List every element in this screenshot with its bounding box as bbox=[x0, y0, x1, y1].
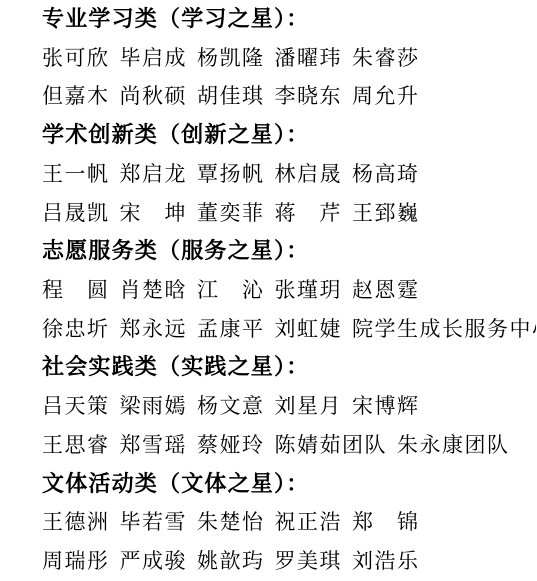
person-name: 蔡娅玲 bbox=[197, 426, 265, 465]
person-name: 江 沁 bbox=[197, 271, 265, 310]
person-name: 周瑞彤 bbox=[42, 542, 110, 581]
names-row: 王一帆郑启龙覃扬帆林启晟杨高琦 bbox=[42, 155, 537, 194]
person-name: 潘曜玮 bbox=[275, 39, 343, 78]
names-row: 吕晟凯宋 坤董奕菲蒋 芹王郅巍 bbox=[42, 194, 537, 233]
section-volunteer-service: 志愿服务类（服务之星）： 程 圆肖楚晗江 沁张瑾玥赵恩霆 徐忠圻郑永远孟康平刘虹… bbox=[42, 232, 537, 348]
names-row: 王德洲毕若雪朱楚怡祝正浩郑 锦 bbox=[42, 503, 537, 542]
person-name: 院学生成长服务中心 bbox=[352, 310, 537, 349]
category-heading: 志愿服务类（服务之星）： bbox=[42, 232, 537, 271]
category-heading: 学术创新类（创新之星）： bbox=[42, 116, 537, 155]
person-name: 王郅巍 bbox=[352, 194, 420, 233]
person-name: 宋博辉 bbox=[352, 387, 420, 426]
person-name: 赵恩霆 bbox=[352, 271, 420, 310]
names-row: 王思睿郑雪瑶蔡娅玲陈婧茹团队朱永康团队 bbox=[42, 426, 537, 465]
section-social-practice: 社会实践类（实践之星）： 吕天策梁雨嫣杨文意刘星月宋博辉 王思睿郑雪瑶蔡娅玲陈婧… bbox=[42, 348, 537, 464]
person-name: 吕晟凯 bbox=[42, 194, 110, 233]
names-row: 张可欣毕启成杨凯隆潘曜玮朱睿莎 bbox=[42, 39, 537, 78]
person-name: 姚歆玙 bbox=[197, 542, 265, 581]
person-name: 徐忠圻 bbox=[42, 310, 110, 349]
person-name: 刘虹婕 bbox=[275, 310, 343, 349]
person-name: 张瑾玥 bbox=[275, 271, 343, 310]
names-row: 周瑞彤严成骏姚歆玙罗美琪刘浩乐 bbox=[42, 542, 537, 581]
person-name: 胡佳琪 bbox=[197, 77, 265, 116]
award-list-document: 专业学习类（学习之星）： 张可欣毕启成杨凯隆潘曜玮朱睿莎 但嘉木尚秋硕胡佳琪李晓… bbox=[0, 0, 537, 581]
person-name: 董奕菲 bbox=[197, 194, 265, 233]
person-name: 朱楚怡 bbox=[197, 503, 265, 542]
person-name: 祝正浩 bbox=[275, 503, 343, 542]
person-name: 郑雪瑶 bbox=[120, 426, 188, 465]
person-name: 宋 坤 bbox=[120, 194, 188, 233]
person-name: 郑 锦 bbox=[352, 503, 420, 542]
section-academic-innovation: 学术创新类（创新之星）： 王一帆郑启龙覃扬帆林启晟杨高琦 吕晟凯宋 坤董奕菲蒋 … bbox=[42, 116, 537, 232]
section-culture-sports: 文体活动类（文体之星）： 王德洲毕若雪朱楚怡祝正浩郑 锦 周瑞彤严成骏姚歆玙罗美… bbox=[42, 465, 537, 581]
person-name: 林启晟 bbox=[275, 155, 343, 194]
person-name: 刘星月 bbox=[275, 387, 343, 426]
names-row: 程 圆肖楚晗江 沁张瑾玥赵恩霆 bbox=[42, 271, 537, 310]
person-name: 郑启龙 bbox=[120, 155, 188, 194]
category-heading: 社会实践类（实践之星）： bbox=[42, 348, 537, 387]
person-name: 尚秋硕 bbox=[120, 77, 188, 116]
person-name: 王一帆 bbox=[42, 155, 110, 194]
category-heading: 专业学习类（学习之星）： bbox=[42, 0, 537, 39]
person-name: 杨文意 bbox=[197, 387, 265, 426]
person-name: 陈婧茹团队 bbox=[275, 426, 388, 465]
person-name: 李晓东 bbox=[275, 77, 343, 116]
person-name: 吕天策 bbox=[42, 387, 110, 426]
section-professional-study: 专业学习类（学习之星）： 张可欣毕启成杨凯隆潘曜玮朱睿莎 但嘉木尚秋硕胡佳琪李晓… bbox=[42, 0, 537, 116]
person-name: 刘浩乐 bbox=[352, 542, 420, 581]
person-name: 朱睿莎 bbox=[352, 39, 420, 78]
person-name: 王德洲 bbox=[42, 503, 110, 542]
names-row: 徐忠圻郑永远孟康平刘虹婕院学生成长服务中心 bbox=[42, 310, 537, 349]
person-name: 严成骏 bbox=[120, 542, 188, 581]
person-name: 孟康平 bbox=[197, 310, 265, 349]
person-name: 但嘉木 bbox=[42, 77, 110, 116]
person-name: 张可欣 bbox=[42, 39, 110, 78]
person-name: 罗美琪 bbox=[275, 542, 343, 581]
person-name: 蒋 芹 bbox=[275, 194, 343, 233]
person-name: 肖楚晗 bbox=[120, 271, 188, 310]
person-name: 杨高琦 bbox=[352, 155, 420, 194]
person-name: 朱永康团队 bbox=[397, 426, 510, 465]
person-name: 周允升 bbox=[352, 77, 420, 116]
category-heading: 文体活动类（文体之星）： bbox=[42, 465, 537, 504]
names-row: 吕天策梁雨嫣杨文意刘星月宋博辉 bbox=[42, 387, 537, 426]
person-name: 杨凯隆 bbox=[197, 39, 265, 78]
person-name: 程 圆 bbox=[42, 271, 110, 310]
person-name: 郑永远 bbox=[120, 310, 188, 349]
person-name: 毕若雪 bbox=[120, 503, 188, 542]
person-name: 梁雨嫣 bbox=[120, 387, 188, 426]
person-name: 毕启成 bbox=[120, 39, 188, 78]
person-name: 王思睿 bbox=[42, 426, 110, 465]
names-row: 但嘉木尚秋硕胡佳琪李晓东周允升 bbox=[42, 77, 537, 116]
person-name: 覃扬帆 bbox=[197, 155, 265, 194]
